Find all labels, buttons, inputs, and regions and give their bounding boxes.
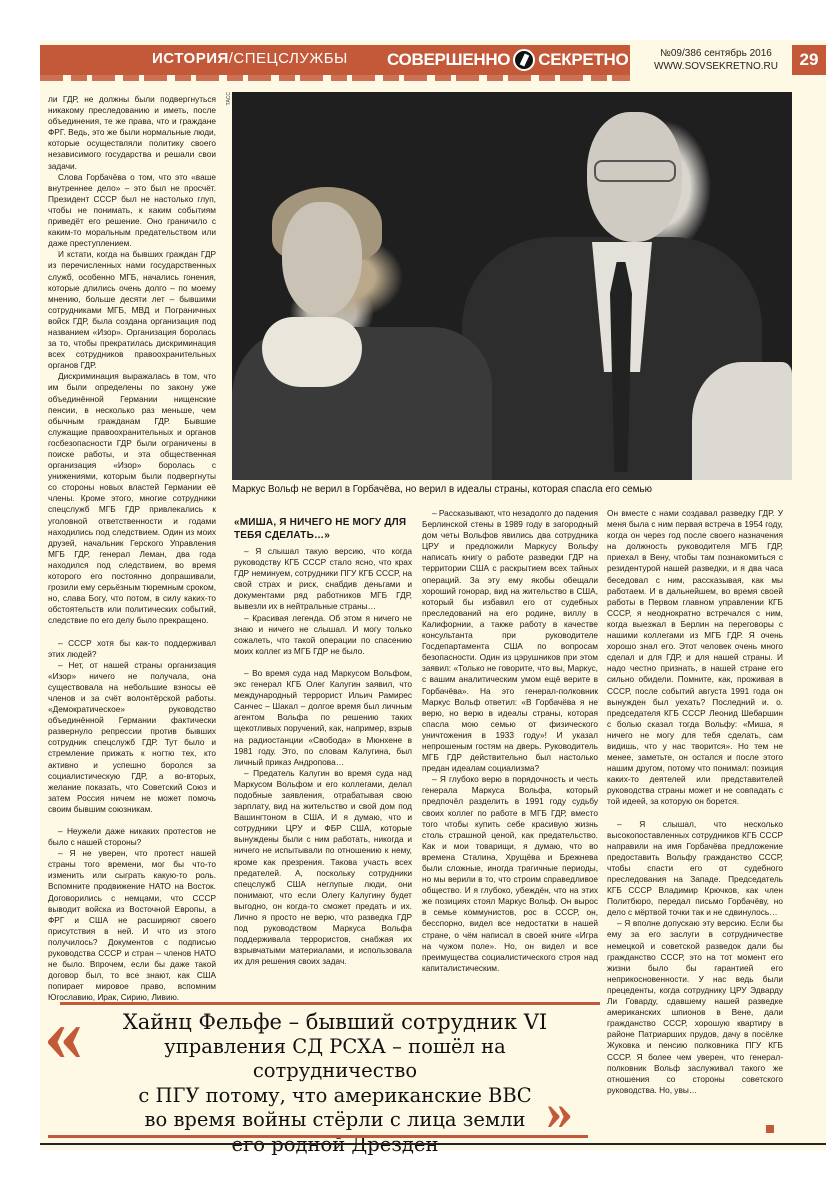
pull-quote-line: с ПГУ потому, что американские ВВС [80, 1084, 590, 1109]
brand-right: СЕКРЕТНО [538, 50, 628, 70]
photo-coat [692, 362, 792, 480]
issue-info: №09/386 сентябрь 2016 WWW.SOVSEKRETNO.RU [646, 47, 786, 73]
paragraph: ли ГДР, не должны были подвергнуться ник… [48, 94, 216, 172]
interview-answer: – Нет, от нашей страны организация «Изор… [48, 660, 216, 815]
interview-answer: – Я глубоко верю в порядочность и честь … [422, 774, 598, 974]
brand-left: СОВЕРШЕННО [387, 50, 510, 70]
interview-answer: – Красивая легенда. Об этом я ничего не … [234, 613, 412, 657]
page-header: ИСТОРИЯ/СПЕЦСЛУЖБЫ СОВЕРШЕННО СЕКРЕТНО №… [40, 45, 826, 75]
website-url: WWW.SOVSEKRETNO.RU [646, 60, 786, 73]
end-of-article-mark [766, 1125, 774, 1133]
column-4: Он вместе с нами создавал разведку ГДР. … [607, 508, 783, 1096]
interview-question: – Рассказывают, что незадолго до падения… [422, 508, 598, 774]
close-quote-icon: » [546, 1084, 573, 1138]
interview-question: – Неужели даже никаких протестов не было… [48, 826, 216, 848]
pull-quote-line: во время войны стёрли с лица земли [80, 1108, 590, 1133]
interview-question: – Я слышал такую версию, что когда руков… [234, 546, 412, 613]
subheading: «МИША, Я НИЧЕГО НЕ МОГУ ДЛЯ ТЕБЯ СДЕЛАТЬ… [234, 516, 412, 542]
column-3: – Рассказывают, что незадолго до падения… [422, 508, 598, 974]
issue-number: №09/386 сентябрь 2016 [646, 47, 786, 60]
interview-answer: – Я вполне допускаю эту версию. Если бы … [607, 918, 783, 1096]
magazine-logo: СОВЕРШЕННО СЕКРЕТНО [387, 49, 628, 71]
magazine-page: ИСТОРИЯ/СПЕЦСЛУЖБЫ СОВЕРШЕННО СЕКРЕТНО №… [0, 0, 826, 1200]
interview-answer: – Предатель Калугин во время суда над Ма… [234, 768, 412, 968]
photo-collar [262, 317, 362, 387]
interview-question: – Я слышал, что несколько высокопоставле… [607, 819, 783, 919]
rubric-sub: /СПЕЦСЛУЖБЫ [229, 50, 348, 67]
photo-woman-head [282, 202, 362, 317]
photo-markus-wolf [232, 92, 792, 480]
quote-rule-bottom [48, 1135, 588, 1138]
paragraph: И кстати, когда на бывших граждан ГДР из… [48, 249, 216, 371]
photo-glasses [594, 160, 676, 182]
paragraph: Он вместе с нами создавал разведку ГДР. … [607, 508, 783, 808]
page-bottom-rule [40, 1143, 826, 1145]
open-quote-icon: « [44, 994, 83, 1074]
interview-question: – Во время суда над Маркусом Вольфом, эк… [234, 668, 412, 768]
quote-rule-top [60, 1002, 600, 1005]
interview-question: – СССР хотя бы как-то поддерживал этих л… [48, 638, 216, 660]
spy-emblem-icon [513, 49, 535, 71]
rubric-main: ИСТОРИЯ [152, 50, 229, 67]
pull-quote-line: управления СД РСХА – пошёл на сотрудниче… [80, 1035, 590, 1084]
column-1: ли ГДР, не должны были подвергнуться ник… [48, 94, 216, 1004]
pull-quote-line: Хайнц Фельфе – бывший сотрудник VI [80, 1010, 590, 1035]
column-2: «МИША, Я НИЧЕГО НЕ МОГУ ДЛЯ ТЕБЯ СДЕЛАТЬ… [234, 516, 412, 967]
photo-caption: Маркус Вольф не верил в Горбачёва, но ве… [232, 484, 792, 495]
paragraph: Дискриминация выражалась в том, что им б… [48, 371, 216, 626]
page-number: 29 [792, 45, 826, 75]
interview-answer: – Я не уверен, что протест нашей страны … [48, 848, 216, 1003]
paragraph: Слова Горбачёва о том, что это «ваше вну… [48, 172, 216, 250]
section-rubric: ИСТОРИЯ/СПЕЦСЛУЖБЫ [152, 50, 348, 67]
